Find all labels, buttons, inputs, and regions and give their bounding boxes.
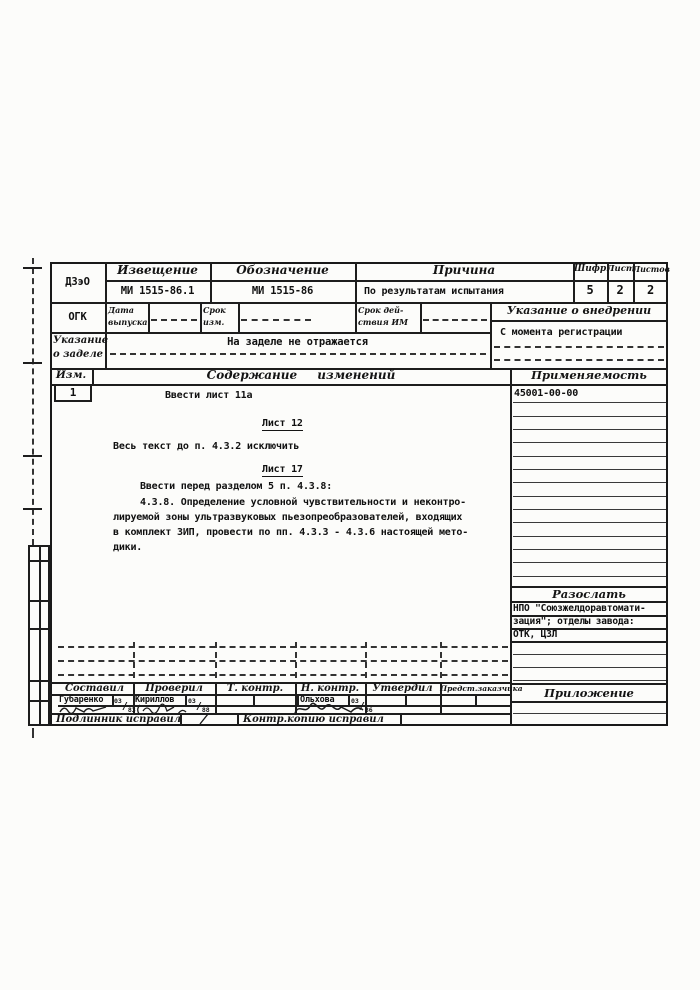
rule-line [513,429,666,430]
grid-line [355,302,357,332]
grid-line [512,701,666,703]
grid-line [253,694,255,706]
grid-line [512,641,668,643]
designation-label: Обозначение [210,263,355,277]
rule-line [513,456,666,457]
rule-line [513,667,666,668]
role-composed: Составил [58,683,131,694]
fold-mark-line [32,728,34,738]
grid-line [490,320,668,322]
grid-line [405,694,407,706]
blank-dash [494,346,664,348]
change-line: дики. [113,542,142,553]
blank-dash [423,319,487,321]
implementation-label: Указание о внедрении [492,304,666,317]
grid-line [237,713,239,726]
registration-tick [23,267,42,269]
cipher-value: 5 [573,283,607,297]
rule-line [513,482,666,483]
date-year: 83 [128,706,136,714]
rule-line [513,522,666,523]
grid-line [400,713,402,726]
change-sheet-heading: Лист 17 [262,464,303,475]
role-tcontrol: Т. контр. [217,683,293,694]
rule-line [513,496,666,497]
grid-line [148,302,150,332]
applicability-header: Применяемость [510,368,668,382]
grid-line [28,600,50,602]
grid-line [510,683,668,685]
sheet-value: 2 [607,283,633,297]
rule-line [513,680,666,681]
grid-line [39,545,41,726]
rule-line [513,549,666,550]
distribute-line: ОТК, ЦЗЛ [513,629,557,640]
rule-line [513,562,666,563]
change-sheet-heading: Лист 12 [262,418,303,429]
izm-number: 1 [54,386,92,399]
rule-line [513,416,666,417]
grid-line [420,302,422,332]
blank-dash [241,319,311,321]
distribute-header: Разослать [510,587,668,601]
rule-line [513,536,666,537]
rule-line [513,576,666,577]
blank-dash [133,642,135,678]
grid-line [28,680,50,682]
izm-header: Изм. [50,369,92,381]
grid-line [50,384,668,386]
grid-line [238,302,240,332]
grid-line [50,332,490,334]
content-header: Содержание изменений [92,368,510,382]
notice-value: МИ 1515-86.1 [105,285,210,297]
grid-line [28,700,50,702]
issue-date-label-line2: выпуска [108,317,148,327]
applicability-value: 45001-00-00 [514,388,578,399]
blank-dash [295,642,297,678]
role-customer-rep: Предст.заказчика [440,684,510,693]
rule-line [513,469,666,470]
blank-dash [110,353,486,355]
blank-dash [494,359,664,361]
cipher-label: Шифр [573,264,607,274]
role-checked: Проверил [135,683,213,694]
validity-label-line2: ствия ИМ [358,317,418,327]
blank-dash [215,642,217,678]
rule-line [513,713,666,714]
change-line: Лист 12 [262,418,303,431]
validity-label-line1: Срок дей- [358,305,418,315]
issue-date-label-line1: Дата [108,305,148,315]
role-ncontrol: Н. контр. [297,683,363,694]
scanned-change-notice-form: ДЗэО Извещение МИ 1515-86.1 Обозначение … [0,0,700,990]
change-line: Ввести перед разделом 5 п. 4.3.8: [140,481,332,492]
change-line: в комплект ЗИП, провести по пп. 4.3.3 - … [113,527,468,538]
term-label-line2: изм. [203,317,237,327]
blank-dash [151,319,197,321]
rule-line [513,442,666,443]
original-corrected-label: Подлинник исправил [56,714,181,725]
backlog-label-line1: Указание [53,335,105,346]
blank-dash [440,642,442,678]
sheet-label: Лист [607,264,633,274]
change-line: Лист 17 [262,464,303,477]
change-line: Весь текст до п. 4.3.2 исключить [113,441,299,452]
rule-line [513,654,666,655]
notice-label: Извещение [105,263,210,277]
distribute-line: зация"; отделы завода: [513,616,634,627]
grid-line [105,262,107,368]
implementation-value: С момента регистрации [500,327,666,338]
control-copy-corrected-label: Контр.копию исправил [243,714,384,725]
distribute-line: НПО "Союзжелдоравтомати- [513,603,645,614]
fold-mark-line [32,258,34,545]
grid-line [200,302,202,332]
grid-line [475,694,477,706]
rule-line [513,402,666,403]
change-line: Ввести лист 11а [165,390,252,401]
composed-date: 03/83 [114,694,136,714]
appendix-header: Приложение [510,686,668,700]
backlog-value: На заделе не отражается [105,336,490,348]
registration-tick [23,455,42,457]
grid-line [28,628,50,630]
date-month: 03 [114,697,122,705]
rule-line [513,509,666,510]
backlog-label-line2: о заделе [53,349,105,360]
org-code: ДЗэО [50,262,105,302]
reason-label: Причина [355,263,573,277]
sheets-label: Листов [633,264,668,274]
grid-line [105,280,668,282]
change-line: 4.3.8. Определение условной чувствительн… [140,497,466,508]
registration-tick [23,362,42,364]
role-approved: Утвердил [367,683,438,694]
sheets-value: 2 [633,283,668,297]
designation-value: МИ 1515-86 [210,285,355,297]
term-label-line1: Срок [203,305,237,315]
grid-line [510,368,512,726]
grid-line [28,560,50,562]
change-line: лируемой зоны ультразвуковых пьезопреобр… [113,512,462,523]
dept-code: ОГК [50,302,105,332]
blank-dash [365,642,367,678]
registration-tick [23,508,42,510]
reason-value: По результатам испытания [364,286,570,297]
correction-mark-scribble [196,713,214,725]
